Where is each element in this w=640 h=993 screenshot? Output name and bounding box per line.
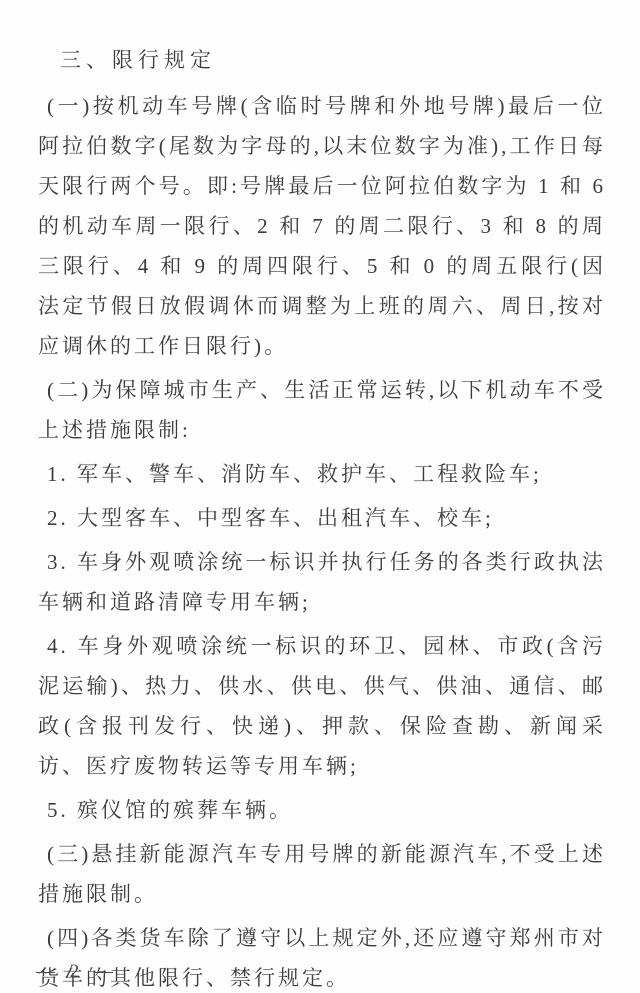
page-number: — 2 — <box>36 959 118 985</box>
list-item-2: 2. 大型客车、中型客车、出租汽车、校车; <box>38 498 606 538</box>
list-item-1: 1. 军车、警车、消防车、救护车、工程救险车; <box>38 454 606 494</box>
list-item-4: 4. 车身外观喷涂统一标识的环卫、园林、市政(含污泥运输)、热力、供水、供电、供… <box>38 626 606 786</box>
list-item-3: 3. 车身外观喷涂统一标识并执行任务的各类行政执法车辆和道路清障专用车辆; <box>38 542 606 622</box>
list-item-5: 5. 殡仪馆的殡葬车辆。 <box>38 790 606 830</box>
para-new-energy-exemption: (三)悬挂新能源汽车专用号牌的新能源汽车,不受上述措施限制。 <box>38 834 606 914</box>
section-heading: 三、限行规定 <box>38 40 606 80</box>
para-plate-number-rule: (一)按机动车号牌(含临时号牌和外地号牌)最后一位阿拉伯数字(尾数为字母的,以末… <box>38 86 606 366</box>
para-exemption-intro: (二)为保障城市生产、生活正常运转,以下机动车不受上述措施限制: <box>38 370 606 450</box>
document-page: 三、限行规定 (一)按机动车号牌(含临时号牌和外地号牌)最后一位阿拉伯数字(尾数… <box>0 0 640 993</box>
para-truck-rules: (四)各类货车除了遵守以上规定外,还应遵守郑州市对货车的其他限行、禁行规定。 <box>38 918 606 993</box>
